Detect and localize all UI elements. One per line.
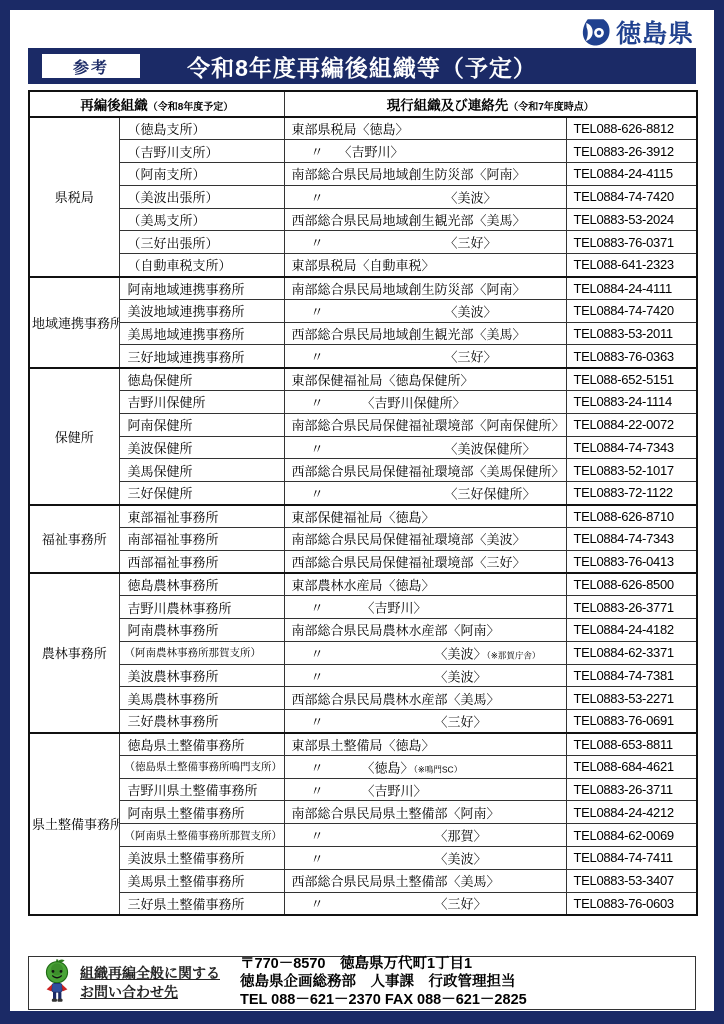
location-bracket: 〈吉野川〉 (339, 142, 404, 161)
table-row: 南部福祉事務所南部総合県民局保健福祉環境部〈美波〉TEL0884-74-7343 (29, 527, 697, 550)
current-org: 〃〈美波〉（※那賀庁舎） (284, 641, 566, 664)
reorg-office-name: 美波農林事務所 (119, 664, 284, 687)
tel-number: TEL0884-74-7343 (566, 436, 697, 459)
location-bracket: 〈徳島〉（※鳴門SC） (362, 757, 463, 776)
location-bracket: 〈美波〉 (445, 301, 497, 320)
reorg-office-name: 阿南保健所 (119, 413, 284, 436)
tel-number: TEL0884-74-7411 (566, 847, 697, 870)
reorg-office-name: （徳島県土整備事務所鳴門支所） (119, 755, 284, 778)
current-org: 〃〈吉野川〉 (284, 778, 566, 801)
current-org: 〃〈吉野川保健所〉 (284, 391, 566, 414)
footer-contact-left: 組織再編全般に関する お問い合わせ先 (41, 958, 226, 1009)
tel-number: TEL088-641-2323 (566, 254, 697, 277)
location-bracket: 〈吉野川保健所〉 (362, 392, 466, 411)
current-org: 西部総合県民局県土整備部〈美馬〉 (284, 869, 566, 892)
reorg-office-name: 三好地域連携事務所 (119, 345, 284, 368)
tel-fax: TEL 088－621－2370 FAX 088－621－2825 (240, 992, 527, 1010)
location-bracket: 〈三好〉 (435, 711, 487, 730)
tel-number: TEL088-684-4621 (566, 755, 697, 778)
tel-number: TEL0883-53-2271 (566, 687, 697, 710)
reorg-office-name: （徳島支所） (119, 117, 284, 140)
postal-address: 〒770－8570 徳島県万代町1丁目1 (240, 956, 527, 974)
title-bar: 参考 令和8年度再編後組織等（予定） (28, 48, 696, 84)
ditto-mark: 〃 (311, 187, 324, 206)
table-row: 阿南保健所南部総合県民局保健福祉環境部〈阿南保健所〉TEL0884-22-007… (29, 413, 697, 436)
table-row: 三好農林事務所〃〈三好〉TEL0883-76-0691 (29, 710, 697, 733)
location-bracket: 〈美波〉 (435, 666, 487, 685)
reorg-office-name: 吉野川県土整備事務所 (119, 778, 284, 801)
tel-number: TEL0883-76-0413 (566, 550, 697, 573)
tel-number: TEL088-653-8811 (566, 733, 697, 756)
reorg-office-name: 美波地域連携事務所 (119, 299, 284, 322)
tel-number: TEL088-626-8710 (566, 505, 697, 528)
current-org: 〃〈美波〉 (284, 299, 566, 322)
contact-label-line2: お問い合わせ先 (80, 983, 220, 1002)
current-org: 〃〈徳島〉（※鳴門SC） (284, 755, 566, 778)
reorg-office-name: 東部福祉事務所 (119, 505, 284, 528)
ditto-mark: 〃 (311, 598, 324, 617)
table-row: 農林事務所徳島農林事務所東部農林水産局〈徳島〉TEL088-626-8500 (29, 573, 697, 596)
table-row: 美馬農林事務所西部総合県民局農林水産部〈美馬〉TEL0883-53-2271 (29, 687, 697, 710)
tel-number: TEL0883-24-1114 (566, 391, 697, 414)
tel-number: TEL0883-26-3711 (566, 778, 697, 801)
current-org: 西部総合県民局地域創生観光部〈美馬〉 (284, 208, 566, 231)
reorg-office-name: 阿南地域連携事務所 (119, 277, 284, 300)
location-bracket: 〈三好〉 (445, 233, 497, 252)
table-header: 再編後組織（令和8年度予定） 現行組織及び連絡先（令和7年度時点） (29, 91, 697, 117)
current-org: 西部総合県民局保健福祉環境部〈三好〉 (284, 550, 566, 573)
current-org: 〃〈三好〉 (284, 710, 566, 733)
table-row: 美波農林事務所〃〈美波〉TEL0884-74-7381 (29, 664, 697, 687)
current-org: 南部総合県民局県土整備部〈阿南〉 (284, 801, 566, 824)
tokushima-emblem-icon (581, 17, 611, 47)
table-row: 吉野川保健所〃〈吉野川保健所〉TEL0883-24-1114 (29, 391, 697, 414)
ditto-mark: 〃 (311, 757, 324, 776)
location-bracket: 〈美波保健所〉 (445, 438, 536, 457)
table-row: （徳島県土整備事務所鳴門支所）〃〈徳島〉（※鳴門SC）TEL088-684-46… (29, 755, 697, 778)
table-row: （自動車税支所）東部県税局〈自動車税〉TEL088-641-2323 (29, 254, 697, 277)
current-org: 南部総合県民局地域創生防災部〈阿南〉 (284, 277, 566, 300)
contact-address: 〒770－8570 徳島県万代町1丁目1 徳島県企画総務部 人事課 行政管理担当… (240, 956, 527, 1009)
tel-number: TEL0883-76-0371 (566, 231, 697, 254)
group-label: 県税局 (29, 117, 119, 277)
table-row: 美馬地域連携事務所西部総合県民局地域創生観光部〈美馬〉TEL0883-53-20… (29, 322, 697, 345)
ditto-mark: 〃 (311, 142, 324, 161)
current-org: 〃〈美波〉 (284, 847, 566, 870)
tel-number: TEL0883-26-3771 (566, 596, 697, 619)
current-org: 東部保健福祉局〈徳島保健所〉 (284, 368, 566, 391)
table-row: 阿南県土整備事務所南部総合県民局県土整備部〈阿南〉TEL0884-24-4212 (29, 801, 697, 824)
table-row: 阿南農林事務所南部総合県民局農林水産部〈阿南〉TEL0884-24-4182 (29, 619, 697, 642)
location-bracket: 〈三好保健所〉 (445, 483, 536, 502)
table-row: 三好保健所〃〈三好保健所〉TEL0883-72-1122 (29, 482, 697, 505)
tel-number: TEL0883-76-0603 (566, 892, 697, 915)
current-org: 西部総合県民局地域創生観光部〈美馬〉 (284, 322, 566, 345)
header-reorg-note: （令和8年度予定） (148, 102, 234, 113)
current-org: 西部総合県民局農林水産部〈美馬〉 (284, 687, 566, 710)
location-note: （※鳴門SC） (414, 764, 463, 774)
reorg-office-name: 三好農林事務所 (119, 710, 284, 733)
current-org: 南部総合県民局保健福祉環境部〈美波〉 (284, 527, 566, 550)
location-bracket: 〈三好〉 (445, 347, 497, 366)
current-org: 〃〈三好〉 (284, 231, 566, 254)
tel-number: TEL0883-26-3912 (566, 140, 697, 163)
reorg-office-name: 美馬地域連携事務所 (119, 322, 284, 345)
table-row: （美波出張所）〃〈美波〉TEL0884-74-7420 (29, 185, 697, 208)
current-org: 〃〈三好〉 (284, 345, 566, 368)
table-body: 県税局（徳島支所）東部県税局〈徳島〉TEL088-626-8812（吉野川支所）… (29, 117, 697, 915)
tel-number: TEL0883-53-3407 (566, 869, 697, 892)
ditto-mark: 〃 (311, 643, 324, 662)
ditto-mark: 〃 (311, 301, 324, 320)
tel-number: TEL0884-24-4182 (566, 619, 697, 642)
current-org: 南部総合県民局農林水産部〈阿南〉 (284, 619, 566, 642)
ditto-mark: 〃 (311, 438, 324, 457)
reorg-office-name: 吉野川農林事務所 (119, 596, 284, 619)
table-row: 美波地域連携事務所〃〈美波〉TEL0884-74-7420 (29, 299, 697, 322)
ditto-mark: 〃 (311, 826, 324, 845)
page: 徳島県 参考 令和8年度再編後組織等（予定） 再編後組織（令和8年度予定） 現行… (0, 0, 724, 1024)
location-bracket: 〈美波〉 (435, 848, 487, 867)
tel-number: TEL088-626-8500 (566, 573, 697, 596)
location-bracket: 〈美波〉（※那賀庁舎） (435, 643, 541, 662)
reorg-office-name: （阿南支所） (119, 163, 284, 186)
current-org: 〃〈那賀〉 (284, 824, 566, 847)
location-bracket: 〈吉野川〉 (362, 780, 427, 799)
header-current-org: 現行組織及び連絡先（令和7年度時点） (284, 91, 697, 117)
current-org: 〃〈三好〉 (284, 892, 566, 915)
current-org: 南部総合県民局地域創生防災部〈阿南〉 (284, 163, 566, 186)
tel-number: TEL0884-24-4111 (566, 277, 697, 300)
tel-number: TEL0884-62-0069 (566, 824, 697, 847)
current-org: 東部県税局〈自動車税〉 (284, 254, 566, 277)
tel-number: TEL0883-52-1017 (566, 459, 697, 482)
table-row: 保健所徳島保健所東部保健福祉局〈徳島保健所〉TEL088-652-5151 (29, 368, 697, 391)
ditto-mark: 〃 (311, 483, 324, 502)
current-org: 東部県土整備局〈徳島〉 (284, 733, 566, 756)
current-org: 〃〈美波〉 (284, 185, 566, 208)
reorg-office-name: 徳島農林事務所 (119, 573, 284, 596)
table-row: 三好地域連携事務所〃〈三好〉TEL0883-76-0363 (29, 345, 697, 368)
tel-number: TEL0883-72-1122 (566, 482, 697, 505)
header-current-note: （令和7年度時点） (508, 102, 594, 113)
table-row: 美波県土整備事務所〃〈美波〉TEL0884-74-7411 (29, 847, 697, 870)
reorg-office-name: 美波保健所 (119, 436, 284, 459)
current-org: 〃〈吉野川〉 (284, 140, 566, 163)
table-row: （阿南県土整備事務所那賀支所）〃〈那賀〉TEL0884-62-0069 (29, 824, 697, 847)
location-note: （※那賀庁舎） (487, 650, 541, 660)
prefecture-logo: 徳島県 (581, 14, 694, 50)
contact-label: 組織再編全般に関する お問い合わせ先 (80, 964, 220, 1002)
tel-number: TEL0883-76-0691 (566, 710, 697, 733)
location-bracket: 〈三好〉 (435, 894, 487, 913)
ditto-mark: 〃 (311, 848, 324, 867)
table-row: （阿南支所）南部総合県民局地域創生防災部〈阿南〉TEL0884-24-4115 (29, 163, 697, 186)
table-row: （阿南農林事務所那賀支所）〃〈美波〉（※那賀庁舎）TEL0884-62-3371 (29, 641, 697, 664)
location-bracket: 〈那賀〉 (435, 826, 487, 845)
table-row: 三好県土整備事務所〃〈三好〉TEL0883-76-0603 (29, 892, 697, 915)
current-org: 〃〈吉野川〉 (284, 596, 566, 619)
ditto-mark: 〃 (311, 347, 324, 366)
current-org: 西部総合県民局保健福祉環境部〈美馬保健所〉 (284, 459, 566, 482)
ditto-mark: 〃 (311, 666, 324, 685)
ditto-mark: 〃 (311, 711, 324, 730)
group-label: 福祉事務所 (29, 505, 119, 573)
tel-number: TEL088-652-5151 (566, 368, 697, 391)
table-row: 美馬保健所西部総合県民局保健福祉環境部〈美馬保健所〉TEL0883-52-101… (29, 459, 697, 482)
current-org: 東部保健福祉局〈徳島〉 (284, 505, 566, 528)
group-label: 保健所 (29, 368, 119, 505)
current-org: 東部県税局〈徳島〉 (284, 117, 566, 140)
tel-number: TEL0883-53-2011 (566, 322, 697, 345)
reorg-office-name: 三好保健所 (119, 482, 284, 505)
table-row: 県土整備事務所徳島県土整備事務所東部県土整備局〈徳島〉TEL088-653-88… (29, 733, 697, 756)
current-org: 東部農林水産局〈徳島〉 (284, 573, 566, 596)
reorg-office-name: 美馬農林事務所 (119, 687, 284, 710)
table-row: （美馬支所）西部総合県民局地域創生観光部〈美馬〉TEL0883-53-2024 (29, 208, 697, 231)
table-row: 地域連携事務所阿南地域連携事務所南部総合県民局地域創生防災部〈阿南〉TEL088… (29, 277, 697, 300)
table-row: 吉野川農林事務所〃〈吉野川〉TEL0883-26-3771 (29, 596, 697, 619)
reorg-office-name: （三好出張所） (119, 231, 284, 254)
department: 徳島県企画総務部 人事課 行政管理担当 (240, 974, 527, 992)
group-label: 地域連携事務所 (29, 277, 119, 368)
reorg-office-name: 徳島県土整備事務所 (119, 733, 284, 756)
ditto-mark: 〃 (311, 233, 324, 252)
group-label: 農林事務所 (29, 573, 119, 733)
current-org: 〃〈美波〉 (284, 664, 566, 687)
header-reorg-org: 再編後組織（令和8年度予定） (29, 91, 284, 117)
tel-number: TEL088-626-8812 (566, 117, 697, 140)
current-org: 〃〈三好保健所〉 (284, 482, 566, 505)
reorg-office-name: （自動車税支所） (119, 254, 284, 277)
tel-number: TEL0884-24-4115 (566, 163, 697, 186)
table-row: （吉野川支所）〃〈吉野川〉TEL0883-26-3912 (29, 140, 697, 163)
logo-text: 徳島県 (616, 14, 694, 50)
reorg-office-name: （美波出張所） (119, 185, 284, 208)
reorg-office-name: 阿南県土整備事務所 (119, 801, 284, 824)
tel-number: TEL0884-74-7420 (566, 185, 697, 208)
reorg-office-name: 美波県土整備事務所 (119, 847, 284, 870)
reorg-office-name: 西部福祉事務所 (119, 550, 284, 573)
reorg-office-name: （阿南農林事務所那賀支所） (119, 641, 284, 664)
reorg-office-name: 阿南農林事務所 (119, 619, 284, 642)
group-label: 県土整備事務所 (29, 733, 119, 915)
reorg-office-name: 南部福祉事務所 (119, 527, 284, 550)
reorg-office-name: （吉野川支所） (119, 140, 284, 163)
tel-number: TEL0884-22-0072 (566, 413, 697, 436)
current-org: 〃〈美波保健所〉 (284, 436, 566, 459)
tel-number: TEL0883-53-2024 (566, 208, 697, 231)
reorg-office-name: 美馬県土整備事務所 (119, 869, 284, 892)
ditto-mark: 〃 (311, 392, 324, 411)
table-row: 西部福祉事務所西部総合県民局保健福祉環境部〈三好〉TEL0883-76-0413 (29, 550, 697, 573)
reorg-office-name: 徳島保健所 (119, 368, 284, 391)
reorg-office-name: （阿南県土整備事務所那賀支所） (119, 824, 284, 847)
reorg-office-name: 三好県土整備事務所 (119, 892, 284, 915)
org-table-wrap: 再編後組織（令和8年度予定） 現行組織及び連絡先（令和7年度時点） 県税局（徳島… (28, 90, 696, 916)
table-row: 福祉事務所東部福祉事務所東部保健福祉局〈徳島〉TEL088-626-8710 (29, 505, 697, 528)
table-row: （三好出張所）〃〈三好〉TEL0883-76-0371 (29, 231, 697, 254)
tel-number: TEL0884-74-7343 (566, 527, 697, 550)
reorg-office-name: （美馬支所） (119, 208, 284, 231)
current-org: 南部総合県民局保健福祉環境部〈阿南保健所〉 (284, 413, 566, 436)
page-inner: 徳島県 参考 令和8年度再編後組織等（予定） 再編後組織（令和8年度予定） 現行… (10, 10, 714, 1011)
location-bracket: 〈美波〉 (445, 187, 497, 206)
tel-number: TEL0884-74-7420 (566, 299, 697, 322)
ditto-mark: 〃 (311, 780, 324, 799)
tel-number: TEL0884-62-3371 (566, 641, 697, 664)
sudachi-kun-mascot-icon (41, 958, 73, 1009)
contact-label-line1: 組織再編全般に関する (80, 964, 220, 983)
ditto-mark: 〃 (311, 894, 324, 913)
reorg-office-name: 美馬保健所 (119, 459, 284, 482)
reorg-office-name: 吉野川保健所 (119, 391, 284, 414)
page-title: 令和8年度再編後組織等（予定） (28, 48, 696, 84)
table-row: 美馬県土整備事務所西部総合県民局県土整備部〈美馬〉TEL0883-53-3407 (29, 869, 697, 892)
table-row: 吉野川県土整備事務所〃〈吉野川〉TEL0883-26-3711 (29, 778, 697, 801)
table-row: 県税局（徳島支所）東部県税局〈徳島〉TEL088-626-8812 (29, 117, 697, 140)
location-bracket: 〈吉野川〉 (362, 598, 427, 617)
tel-number: TEL0884-24-4212 (566, 801, 697, 824)
tel-number: TEL0883-76-0363 (566, 345, 697, 368)
tel-number: TEL0884-74-7381 (566, 664, 697, 687)
table-row: 美波保健所〃〈美波保健所〉TEL0884-74-7343 (29, 436, 697, 459)
org-table: 再編後組織（令和8年度予定） 現行組織及び連絡先（令和7年度時点） 県税局（徳島… (28, 90, 698, 916)
footer-contact-box: 組織再編全般に関する お問い合わせ先 〒770－8570 徳島県万代町1丁目1 … (28, 956, 696, 1010)
